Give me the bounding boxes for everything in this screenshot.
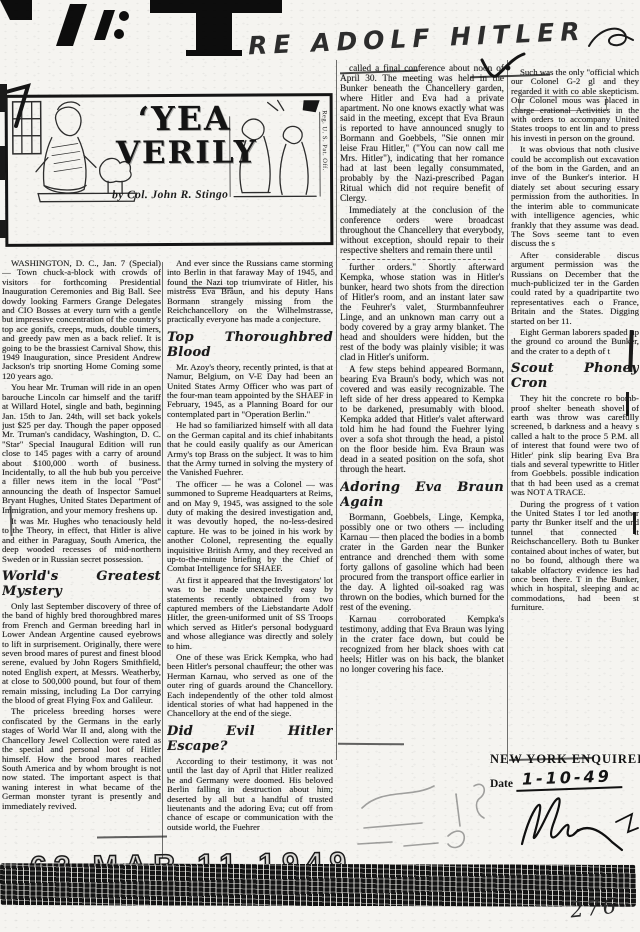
page-number: 276 [569,893,620,922]
pencil-scribbles [352,766,502,858]
article-paragraph: further orders." Shortly afterward Kempk… [340,263,504,363]
article-paragraph: They hit the concrete ro bomb-proof shel… [511,394,639,497]
news-column-2: And ever since the Russians came stormin… [167,259,333,863]
section-heading: Did Evil Hitler Escape? [167,724,333,754]
ink-blob [0,84,7,112]
publication-name: NEW YORK ENQUIRER [490,752,640,767]
newspaper-scan-page: RE ADOLF HITLER [0,0,640,932]
section-heading: Top Thoroughbred Blood [167,330,333,360]
section-heading: Adoring Eva Braun Again [340,480,504,510]
article-paragraph: It was Mr. Hughes who tenaciously held t… [2,517,161,564]
article-paragraph: Karnau corroborated Kempka's testimony, … [340,615,504,675]
ink-blob [633,512,636,534]
column-rule [336,60,337,760]
ink-blob [626,392,629,416]
article-paragraph: The officer — he was a Colonel — was sum… [167,480,333,574]
rights-note: Reg. U. S. Pat. Off. [321,110,328,171]
article-paragraph: Only last September discovery of three o… [2,602,161,705]
article-paragraph: The priceless breeding horses were confi… [2,707,161,810]
torn-headline-fragment [0,0,300,130]
signature-scribble [516,792,640,858]
ink-blob [0,220,6,238]
news-column-3: called a final conference about noon of … [340,64,504,770]
pencil-box-mark [519,96,607,111]
article-paragraph: One of these was Erick Kempka, who had b… [167,653,333,719]
handwritten-scribble [585,22,637,56]
checkmark-scribble [478,50,530,86]
article-paragraph: During the progress of t vation the Unit… [511,500,639,613]
article-paragraph: It was obvious that noth clusive could b… [511,145,639,248]
column-rule [162,262,163,858]
section-heading: World's Greatest Mystery [2,569,161,599]
article-paragraph: At first it appeared that the Investigat… [167,576,333,651]
article-paragraph: Immediately at the conclusion of the con… [340,206,504,256]
article-paragraph: WASHINGTON, D. C., Jan. 7 (Special) — To… [2,259,161,381]
ink-blob [0,146,5,180]
dashed-rule [342,259,496,260]
masthead-title-line2: VERILY [116,135,258,172]
publication-stamp: NEW YORK ENQUIRER Date 1-10-49 [490,752,640,790]
date-label: Date [490,778,513,790]
news-column-1: WASHINGTON, D. C., Jan. 7 (Special) — To… [2,259,161,863]
article-paragraph: Bormann, Goebbels, Linge, Kempka, possib… [340,513,504,613]
masthead-byline: by Col. John R. Stingo [112,189,228,202]
ink-smudge-band [0,863,636,907]
article-paragraph: Mr. Azoy's theory, recently printed, is … [167,363,333,419]
section-heading: Scout Phoney Cron [511,361,639,391]
article-paragraph: A few steps behind appeared Bormann, bea… [340,365,504,475]
article-paragraph: Eight German laborers spaded up the grou… [511,328,639,356]
article-paragraph: After considerable discus argument permi… [511,251,639,326]
article-paragraph: He had so familiarized himself with all … [167,421,333,477]
handwritten-date: 1-10-49 [516,766,623,792]
article-paragraph: And ever since the Russians came stormin… [167,259,333,325]
news-column-4: Such was the only "official which our Co… [511,68,639,768]
column-rule [507,60,508,764]
article-paragraph: You hear Mr. Truman will ride in an open… [2,383,161,515]
article-paragraph: According to their testimony, it was not… [167,757,333,832]
